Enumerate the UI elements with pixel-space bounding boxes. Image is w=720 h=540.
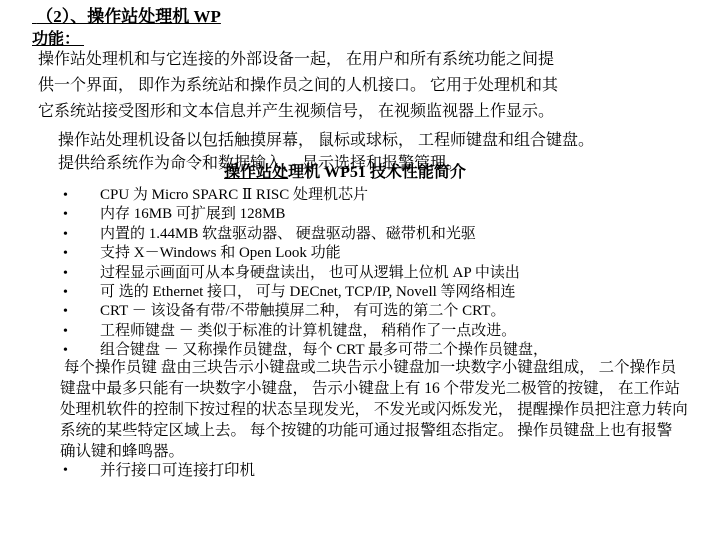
- bullet-icon: •: [63, 283, 100, 302]
- spec-bullet-text: 内置的 1.44MB 软盘驱动器、 硬盘驱动器、磁带机和光驱: [100, 225, 476, 244]
- bullet-icon: •: [63, 322, 100, 341]
- intro-line: 操作站处理机和与它连接的外部设备一起， 在用户和所有系统功能之间提: [38, 47, 558, 73]
- spec-bullet-text: 过程显示画面可从本身硬盘读出， 也可从逻辑上位机 AP 中读出: [100, 264, 520, 283]
- section-heading-rest: 理机 WP51 技术性能简介: [288, 164, 466, 181]
- spec-bullet-text: CPU 为 Micro SPARC Ⅱ RISC 处理机芯片: [100, 186, 368, 205]
- page-title: （2）、操作站处理机 WP: [32, 6, 221, 28]
- spec-bullet-text: CRT － 该设备有带/不带触摸屏二种， 有可选的第二个 CRT。: [100, 302, 505, 321]
- spec-bullet-item: • 过程显示画面可从本身硬盘读出， 也可从逻辑上位机 AP 中读出: [0, 264, 720, 283]
- final-bullet-block: • 并行接口可连接打印机: [0, 461, 720, 481]
- intro-line: 供一个界面， 即作为系统站和操作员之间的人机接口。 它用于处理机和其: [38, 73, 558, 99]
- spec-bullet-item: • 内置的 1.44MB 软盘驱动器、 硬盘驱动器、磁带机和光驱: [0, 225, 720, 244]
- document-page: （2）、操作站处理机 WP 功能： 操作站处理机和与它连接的外部设备一起， 在用…: [0, 0, 720, 540]
- spec-bullet-list: • CPU 为 Micro SPARC Ⅱ RISC 处理机芯片 • 内存 16…: [0, 186, 720, 361]
- keyboard-detail-line: 系统的某些特定区域上去。 每个按键的功能可通过报警组态指定。 操作员键盘上也有报…: [60, 420, 705, 441]
- keyboard-detail-line: 处理机软件的控制下按过程的状态呈现发光， 不发光或闪烁发光， 提醒操作员把注意力…: [60, 399, 705, 420]
- bullet-icon: •: [63, 302, 100, 321]
- bullet-icon: •: [63, 225, 100, 244]
- spec-bullet-item: • 支持 X－Windows 和 Open Look 功能: [0, 244, 720, 263]
- keyboard-detail-line: 键盘中最多只能有一块数字小键盘， 告示小键盘上有 16 个带发光二极管的按键， …: [60, 378, 705, 399]
- keyboard-detail-line: 每个操作员键 盘由三块告示小键盘或二块告示小键盘加一块数字小键盘组成， 二个操作…: [60, 357, 705, 378]
- spec-bullet-item: • 并行接口可连接打印机: [0, 461, 720, 481]
- intro-line: 它系统站接受图形和文本信息并产生视频信号， 在视频监视器上作显示。: [38, 99, 558, 125]
- spec-bullet-item: • 工程师键盘 － 类似于标准的计算机键盘， 稍稍作了一点改进。: [0, 322, 720, 341]
- spec-bullet-text: 可 选的 Ethernet 接口， 可与 DECnet, TCP/IP, Nov…: [100, 283, 516, 302]
- spec-bullet-item: • 内存 16MB 可扩展到 128MB: [0, 205, 720, 224]
- spec-bullet-item: • 可 选的 Ethernet 接口， 可与 DECnet, TCP/IP, N…: [0, 283, 720, 302]
- spec-bullet-item: • CPU 为 Micro SPARC Ⅱ RISC 处理机芯片: [0, 186, 720, 205]
- spec-bullet-item: • CRT － 该设备有带/不带触摸屏二种， 有可选的第二个 CRT。: [0, 302, 720, 321]
- bullet-icon: •: [63, 461, 100, 481]
- keyboard-detail-paragraph: 每个操作员键 盘由三块告示小键盘或二块告示小键盘加一块数字小键盘组成， 二个操作…: [60, 357, 705, 462]
- bullet-icon: •: [63, 205, 100, 224]
- devices-line: 操作站处理机设备以包括触摸屏幕， 鼠标或球标， 工程师键盘和组合键盘。: [58, 129, 594, 152]
- intro-paragraph: 操作站处理机和与它连接的外部设备一起， 在用户和所有系统功能之间提 供一个界面，…: [38, 47, 558, 125]
- bullet-icon: •: [63, 186, 100, 205]
- spec-bullet-text: 支持 X－Windows 和 Open Look 功能: [100, 244, 341, 263]
- section-heading-underlined: 操作站处: [224, 164, 288, 181]
- keyboard-detail-line: 确认键和蜂鸣器。: [60, 441, 705, 462]
- spec-bullet-text: 内存 16MB 可扩展到 128MB: [100, 205, 285, 224]
- bullet-icon: •: [63, 264, 100, 283]
- spec-bullet-text: 并行接口可连接打印机: [100, 461, 255, 481]
- bullet-icon: •: [63, 244, 100, 263]
- section-heading: 操作站处理机 WP51 技术性能简介: [0, 163, 690, 183]
- spec-bullet-text: 工程师键盘 － 类似于标准的计算机键盘， 稍稍作了一点改进。: [100, 322, 516, 341]
